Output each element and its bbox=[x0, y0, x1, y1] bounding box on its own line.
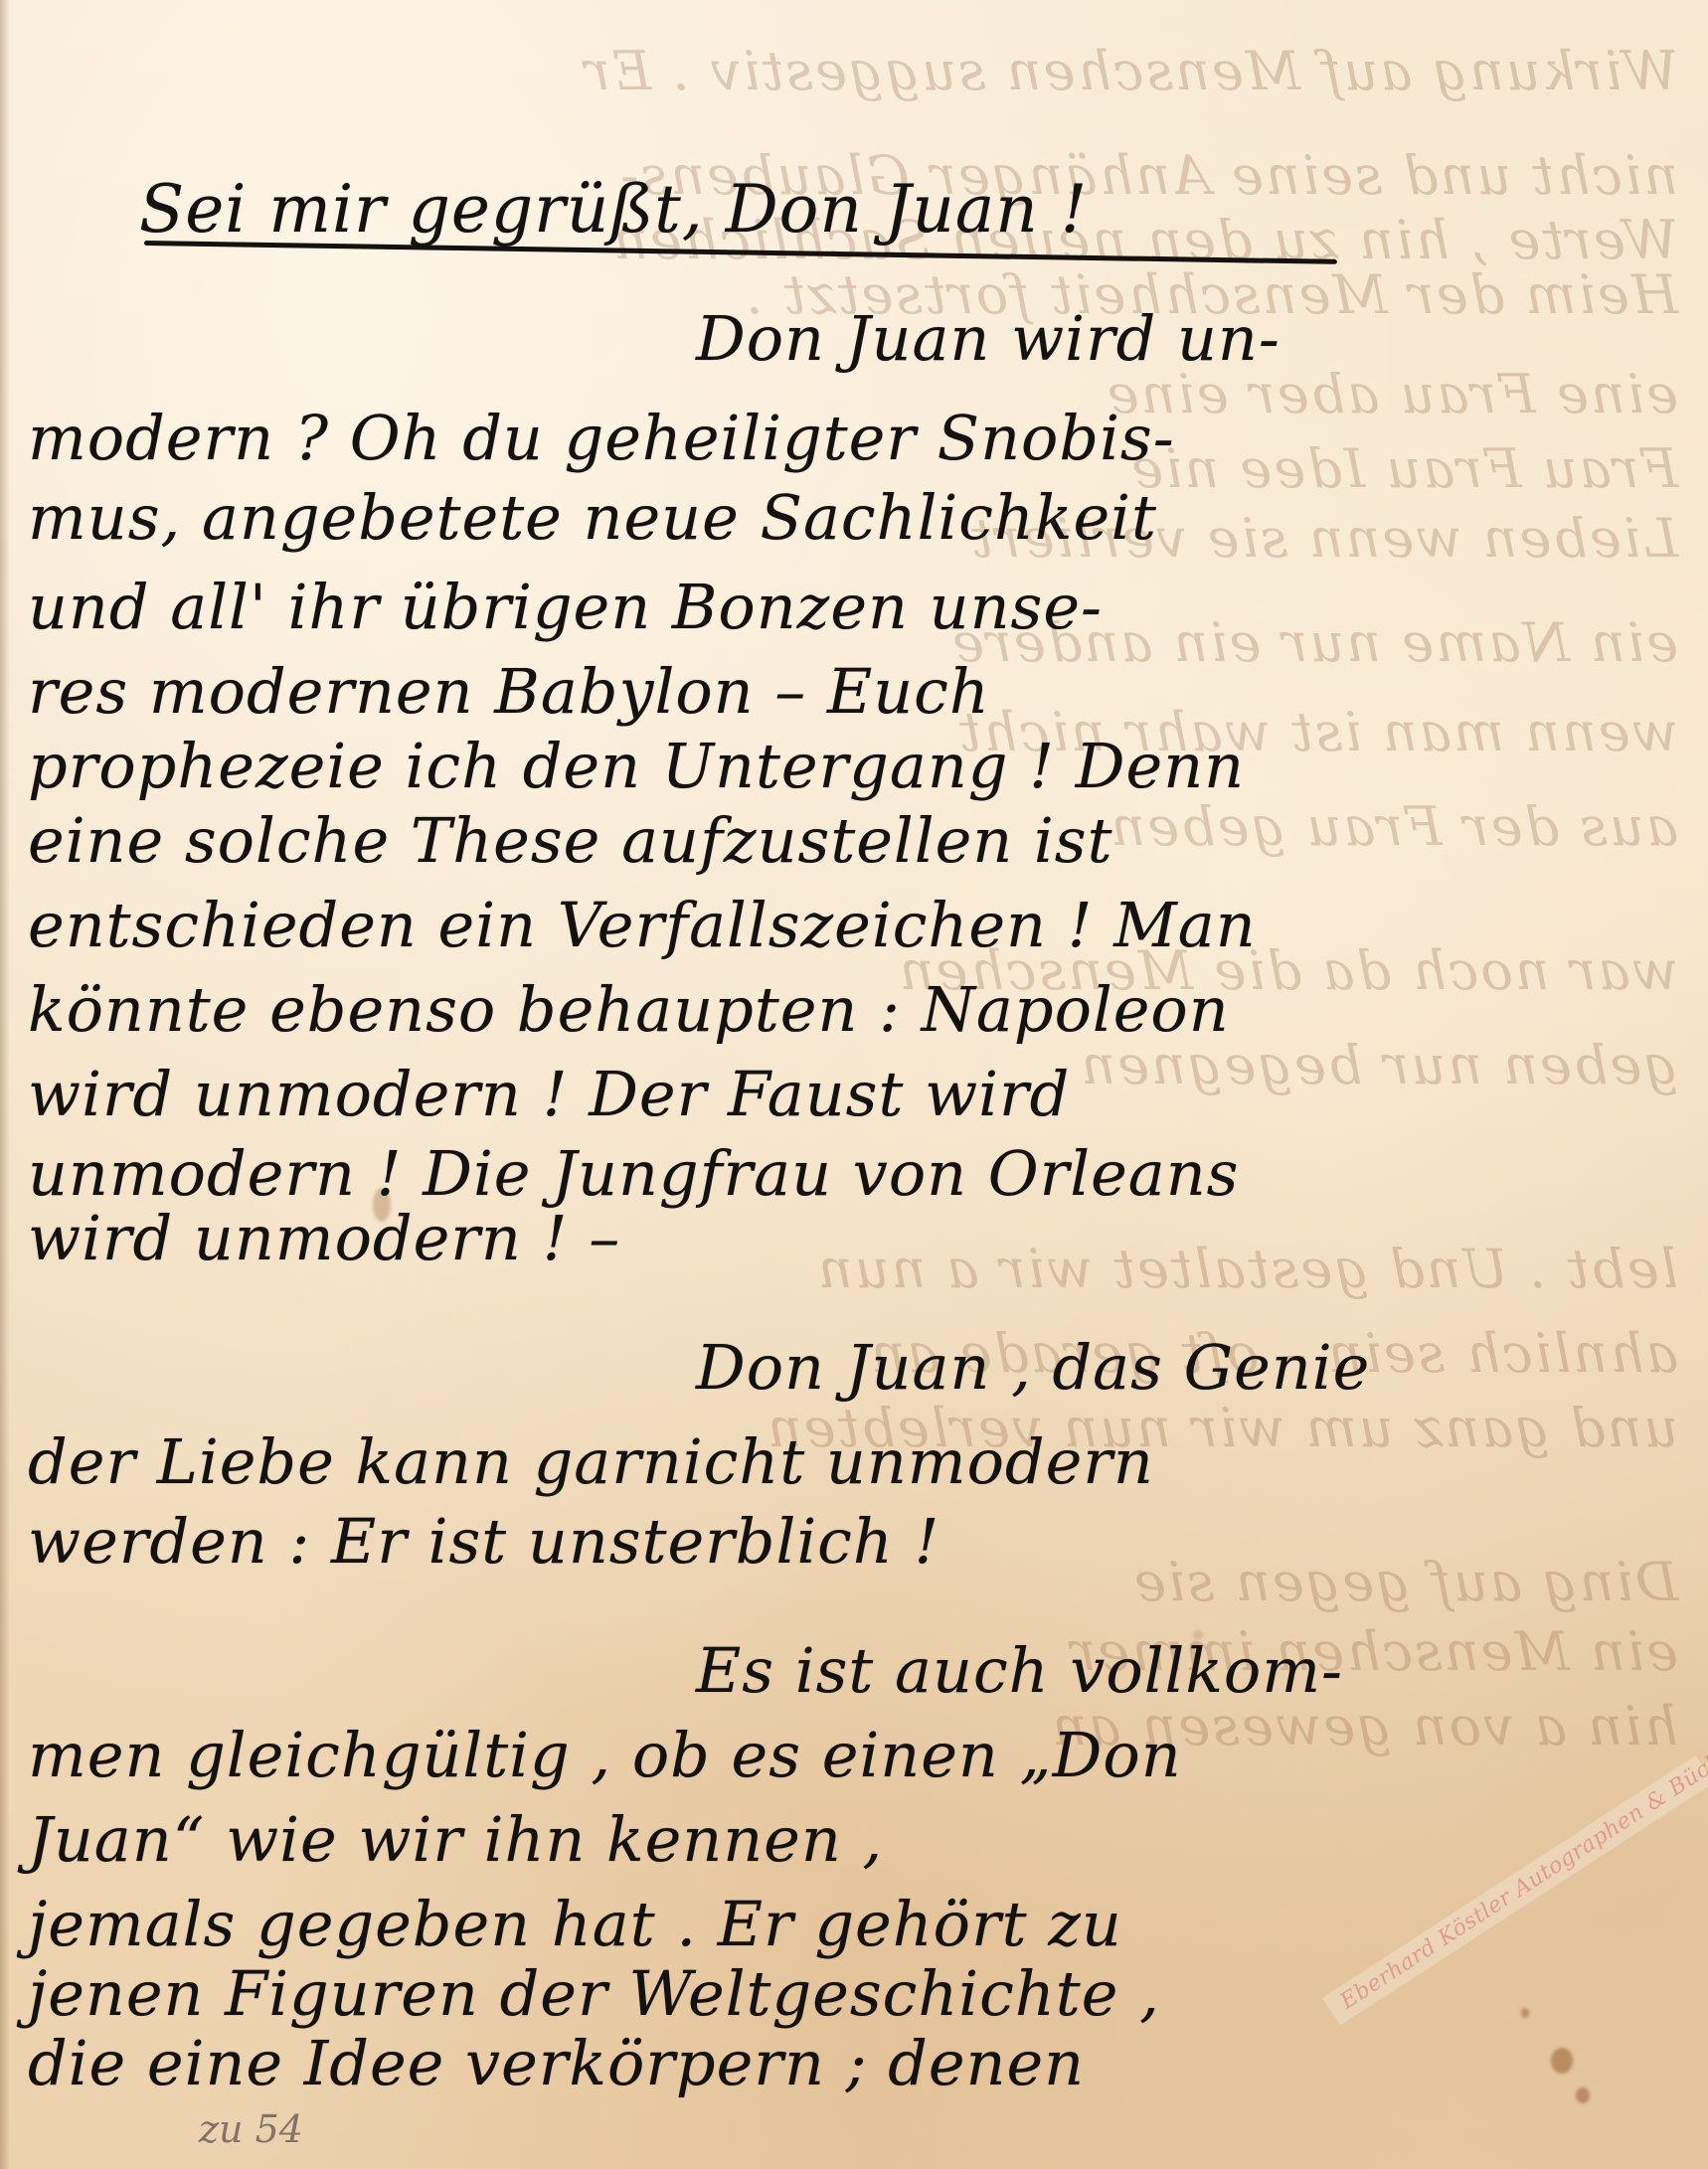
letter-line: prophezeie ich den Untergang ! Denn bbox=[28, 736, 1245, 797]
letter-line: Don Juan wird un- bbox=[696, 308, 1281, 370]
stain bbox=[1551, 2048, 1573, 2074]
stain bbox=[1521, 2008, 1529, 2018]
letter-line: res modernen Babylon – Euch bbox=[28, 661, 990, 723]
letter-line: jenen Figuren der Weltgeschichte , bbox=[28, 1963, 1160, 2025]
letter-line: und all' ihr übrigen Bonzen unse- bbox=[28, 577, 1103, 638]
letter-line: mus, angebetete neue Sachlichkeit bbox=[28, 487, 1157, 549]
dealer-watermark: Eberhard Köstler Autographen & Bücher bbox=[1322, 1755, 1708, 2026]
letter-line: men gleichgültig , ob es einen „Don bbox=[28, 1725, 1182, 1786]
letter-title: Sei mir gegrüßt, Don Juan ! bbox=[139, 177, 1088, 243]
letter-line: wird unmodern ! – bbox=[28, 1208, 620, 1269]
letter-line: der Liebe kann garnicht unmodern bbox=[28, 1431, 1154, 1493]
letter-line: die eine Idee verkörpern ; denen bbox=[28, 2033, 1085, 2094]
stain bbox=[1576, 2087, 1590, 2103]
letter-line: werden : Er ist unsterblich ! bbox=[28, 1511, 939, 1573]
letter-line: jemals gegeben hat . Er gehört zu bbox=[28, 1894, 1122, 1955]
letter-line: Es ist auch vollkom- bbox=[696, 1640, 1343, 1702]
letter-line: unmodern ! Die Jungfrau von Orleans bbox=[28, 1143, 1239, 1205]
letter-line: Don Juan , das Genie bbox=[696, 1337, 1370, 1399]
letter-line: könnte ebenso behaupten : Napoleon bbox=[28, 979, 1230, 1041]
letter-line: entschieden ein Verfallszeichen ! Man bbox=[28, 895, 1257, 956]
archive-note: zu 54 bbox=[199, 2107, 303, 2151]
letter-line: Juan“ wie wir ihn kennen , bbox=[28, 1809, 883, 1871]
letter-page: Wirkung auf Menschen suggestiv . Er nich… bbox=[0, 0, 1708, 2169]
letter-line: modern ? Oh du geheiligter Snobis- bbox=[28, 408, 1175, 469]
letter-line: eine solche These aufzustellen ist bbox=[28, 810, 1112, 872]
letter-line: wird unmodern ! Der Faust wird bbox=[28, 1064, 1070, 1125]
